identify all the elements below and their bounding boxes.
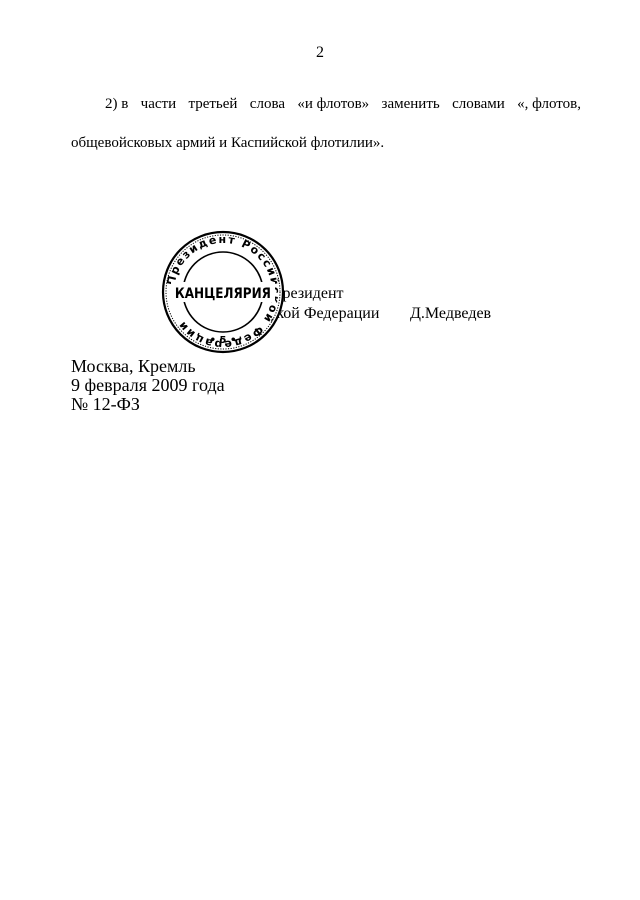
stamp-bottom-text: • 5 • bbox=[210, 335, 237, 346]
signing-place: Москва, Кремль bbox=[71, 357, 225, 376]
word: слова bbox=[250, 96, 285, 113]
signing-date: 9 февраля 2009 года bbox=[71, 376, 225, 395]
word: 2) в bbox=[71, 96, 128, 113]
word: «, флотов, bbox=[517, 96, 581, 113]
word: заменить bbox=[382, 96, 440, 113]
signature-name: Д.Медведев bbox=[410, 305, 491, 323]
word: «и флотов» bbox=[297, 96, 369, 113]
word: третьей bbox=[188, 96, 237, 113]
paragraph-line-2: общевойсковых армий и Каспийской флотили… bbox=[71, 135, 384, 152]
signing-details: Москва, Кремль 9 февраля 2009 года № 12-… bbox=[71, 357, 225, 414]
stamp-center-text: КАНЦЕЛЯРИЯ bbox=[175, 286, 271, 302]
paragraph-line-1: 2) в части третьей слова «и флотов» заме… bbox=[71, 96, 581, 113]
official-stamp: Президент Российской Федерации КАНЦЕЛЯРИ… bbox=[161, 230, 285, 354]
law-number: № 12-ФЗ bbox=[71, 395, 225, 414]
page-number: 2 bbox=[0, 44, 640, 62]
word: словами bbox=[452, 96, 505, 113]
word: части bbox=[141, 96, 176, 113]
